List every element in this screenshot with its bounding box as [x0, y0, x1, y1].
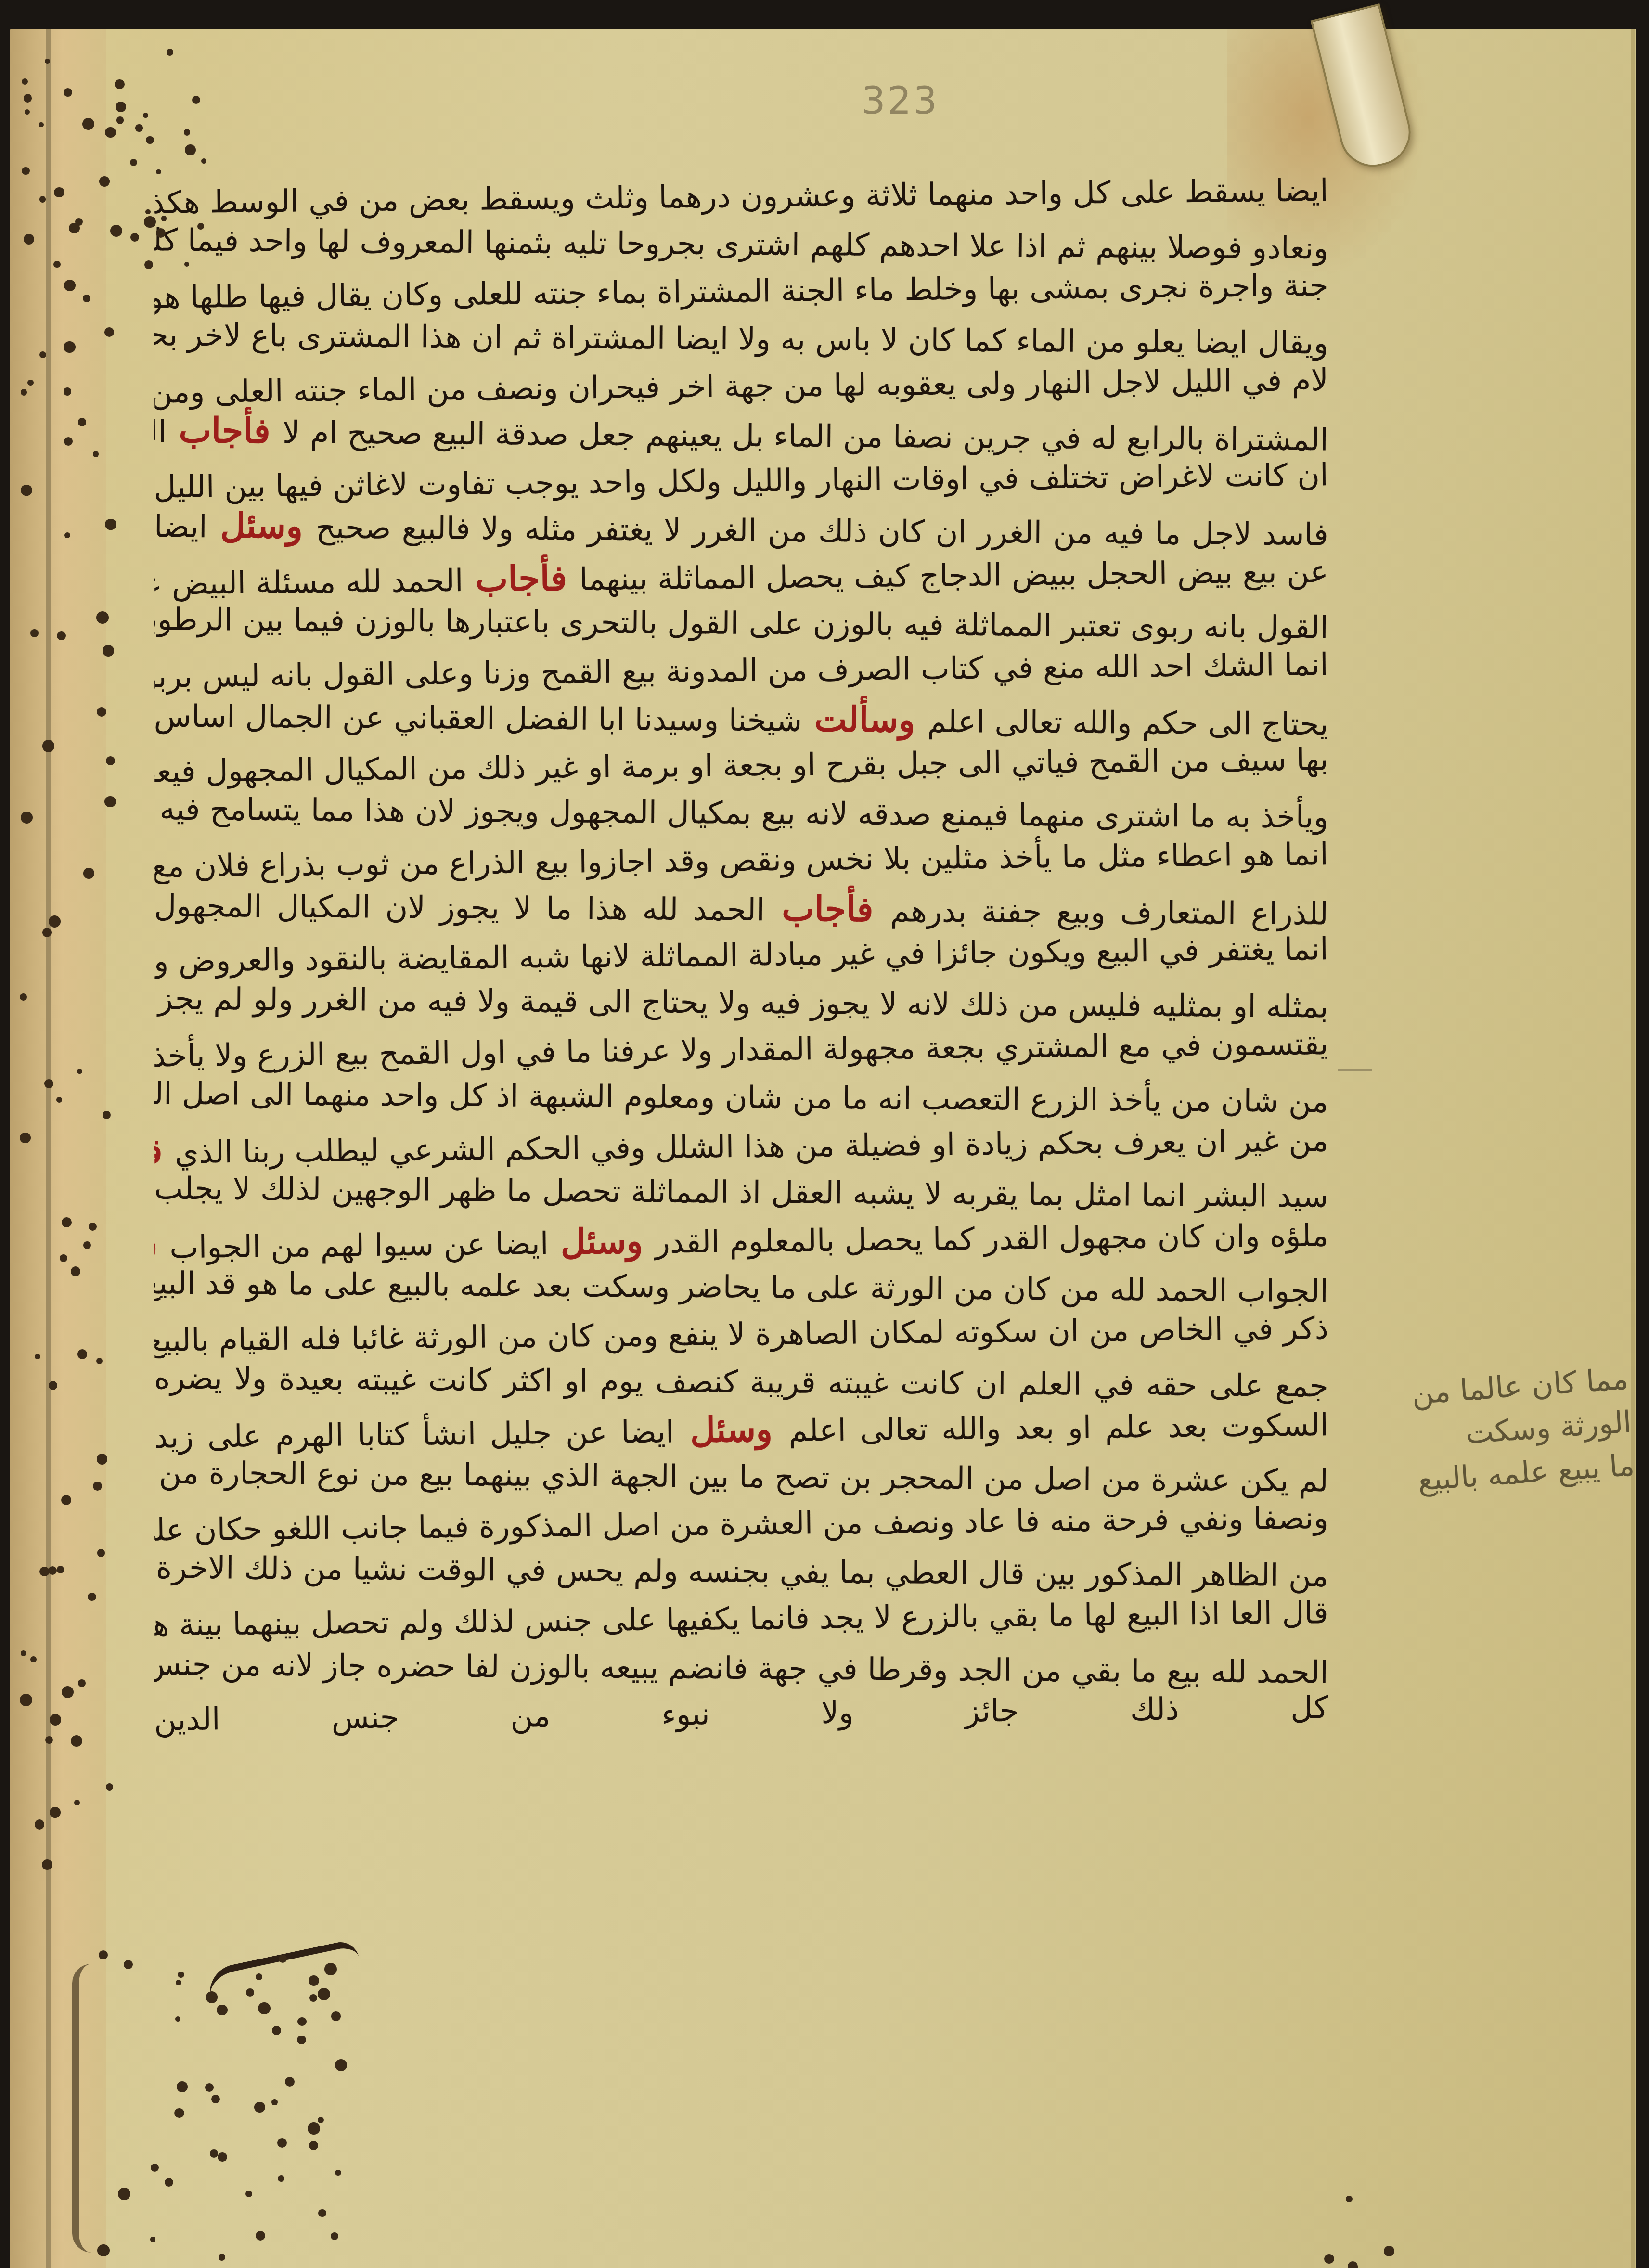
- worm-hole: [103, 1111, 111, 1119]
- worm-hole: [21, 1650, 26, 1656]
- worm-hole: [309, 1994, 317, 2002]
- worm-hole: [45, 1736, 53, 1744]
- worm-hole: [25, 109, 30, 115]
- worm-hole: [308, 2122, 320, 2134]
- worm-hole: [217, 2005, 227, 2015]
- worm-hole: [201, 158, 206, 164]
- worm-hole: [218, 2152, 227, 2162]
- text-segment: فاسد لاجل ما فيه من الغرر ان كان ذلك من …: [316, 510, 1328, 553]
- worm-hole: [144, 216, 155, 228]
- worm-hole: [83, 868, 94, 878]
- text-segment: من شان من يأخذ الزرع التعصب انه ما من شا…: [154, 1075, 1329, 1120]
- margin-annotation: مما كان عالما من الورثة وسكت ما يبيع علم…: [1339, 1357, 1636, 1507]
- worm-hole: [331, 2011, 340, 2021]
- worm-hole: [254, 2102, 265, 2113]
- text-segment: ايضا عن جليل انشأ كتابا الهرم على زيد: [154, 1414, 674, 1455]
- worm-hole: [93, 1482, 102, 1491]
- worm-hole: [174, 2108, 184, 2118]
- text-segment: المشتراة بالرابع له في جرين نصفا من الما…: [283, 415, 1329, 458]
- folio-number: 323: [862, 79, 939, 123]
- margin-mark: [1338, 1069, 1372, 1071]
- worm-hole: [105, 127, 116, 138]
- worm-hole: [130, 159, 137, 166]
- worm-hole: [177, 2081, 188, 2092]
- worm-hole: [82, 118, 94, 130]
- worm-hole: [78, 418, 86, 426]
- worm-hole: [103, 645, 114, 656]
- worm-hole: [318, 1988, 330, 2000]
- worm-hole: [318, 2117, 324, 2123]
- worm-hole: [61, 1495, 71, 1505]
- worm-hole: [24, 94, 32, 102]
- worm-hole: [297, 2017, 306, 2026]
- worm-hole: [176, 1980, 181, 1985]
- worm-hole: [57, 1566, 64, 1573]
- text-segment: عن بيع بيض الحجل ببيض الدجاج كيف يحصل ال…: [579, 554, 1329, 597]
- worm-hole: [279, 1955, 287, 1963]
- worm-hole: [35, 1354, 40, 1359]
- worm-hole: [53, 261, 61, 268]
- worm-hole: [256, 1973, 262, 1980]
- worm-hole: [104, 796, 116, 807]
- text-segment: الحمد لله بيع ما بقي من الجد وقرطا في جه…: [154, 1646, 1329, 1690]
- text-segment: ملؤه وان كان مجهول القدر كما يحصل بالمعل…: [655, 1218, 1329, 1261]
- worm-hole: [156, 228, 166, 238]
- text-segment: ونعادو فوصلا بينهم ثم اذا علا احدهم كلهم…: [154, 221, 1329, 266]
- worm-hole: [97, 1549, 105, 1557]
- worm-hole: [49, 915, 61, 928]
- worm-hole: [277, 2138, 287, 2148]
- text-segment: الجواب الحمد لله من كان من الورثة على ما…: [154, 1265, 1329, 1309]
- worm-hole: [96, 1358, 103, 1364]
- worm-hole: [83, 295, 90, 302]
- worm-hole: [64, 437, 73, 446]
- worm-hole: [278, 2175, 284, 2182]
- worm-hole: [48, 1566, 57, 1575]
- worm-hole: [1346, 2196, 1352, 2202]
- main-text-block: ايضا يسقط على كل واحد منهما ثلاثة وعشرون…: [154, 173, 1328, 1738]
- worm-hole: [104, 327, 114, 337]
- rubric-heading: وسئل: [207, 504, 316, 546]
- worm-hole: [219, 2254, 226, 2261]
- text-segment: من غير ان يعرف بحكم زيادة او فضيلة من هذ…: [174, 1123, 1328, 1171]
- worm-hole: [151, 2164, 159, 2172]
- worm-hole: [27, 380, 34, 386]
- binding-gutter: [10, 29, 106, 2268]
- worm-hole: [20, 1133, 31, 1144]
- worm-hole: [145, 209, 150, 214]
- worm-hole: [335, 2170, 341, 2176]
- worm-hole: [206, 1991, 218, 2003]
- worm-hole: [60, 1254, 67, 1262]
- worm-hole: [205, 2083, 214, 2092]
- worm-hole: [256, 2231, 265, 2241]
- text-segment: انما هو اعطاء مثل ما يأخذ مثلين بلا نخس …: [154, 837, 1329, 887]
- worm-hole: [42, 740, 54, 752]
- worm-hole: [161, 216, 167, 221]
- worm-hole: [297, 2036, 306, 2044]
- worm-hole: [21, 485, 32, 496]
- text-segment: ذكر في الخاص من ان سكوته لمكان الصاهرة ل…: [154, 1311, 1329, 1359]
- worm-hole: [93, 451, 99, 457]
- worm-hole: [124, 1960, 133, 1969]
- text-segment: قال العا اذا البيع لها ما بقي بالزرع لا …: [154, 1595, 1329, 1645]
- worm-hole: [150, 2237, 155, 2242]
- text-segment: سيد البشر انما امثل بما يقربه لا يشبه ال…: [154, 1171, 1328, 1214]
- text-segment: ايضا عن سيوا لهم من الجواب: [169, 1226, 549, 1265]
- text-segment: الحمد لله: [154, 413, 167, 450]
- worm-hole: [144, 260, 153, 269]
- text-segment: ونصفا ونفي فرحة منه فا عاد ونصف من العشر…: [154, 1500, 1329, 1549]
- worm-hole: [185, 144, 196, 155]
- text-segment: لام في الليل لاجل النهار ولى يعقوبه لها …: [154, 362, 1329, 412]
- worm-hole: [64, 88, 72, 97]
- rubric-heading: وسألت: [802, 698, 927, 740]
- text-segment: القول بانه ربوى تعتبر المماثلة فيه بالوز…: [154, 601, 1329, 645]
- worm-hole: [50, 1714, 61, 1726]
- rubric-heading: فأجاب: [765, 888, 890, 929]
- binding-damage: [72, 1964, 137, 2253]
- worm-hole: [64, 387, 71, 395]
- worm-hole: [105, 519, 116, 530]
- worm-hole: [211, 2095, 220, 2103]
- worm-hole: [116, 102, 126, 112]
- text-segment: بمثله او بمثليه فليس من ذلك لانه لا يجوز…: [154, 979, 1329, 1025]
- worm-hole: [88, 1593, 96, 1601]
- worm-hole: [309, 1975, 319, 1986]
- worm-hole: [97, 1454, 108, 1465]
- text-segment: ويأخذ به ما اشترى منهما فيمنع صدقه لانه …: [154, 790, 1329, 835]
- worm-hole: [156, 169, 161, 174]
- worm-hole: [258, 2002, 270, 2014]
- worm-hole: [54, 187, 64, 197]
- rubric-heading: وسئل: [548, 1220, 655, 1262]
- worm-hole: [69, 223, 80, 234]
- page-edge: [1631, 29, 1635, 2268]
- worm-hole: [21, 389, 27, 395]
- worm-hole: [331, 2232, 338, 2240]
- text-segment: بها سيف من القمح فياتي الى جبل بقرح او ب…: [154, 742, 1329, 792]
- text-segment: كل ذلك جائز ولا نبوء من جنس الدين: [154, 1690, 1329, 1738]
- worm-hole: [318, 2209, 326, 2217]
- worm-hole: [57, 631, 66, 641]
- worm-hole: [272, 2026, 281, 2035]
- worm-hole: [49, 1381, 57, 1390]
- worm-hole: [30, 629, 38, 637]
- worm-hole: [99, 176, 110, 187]
- worm-hole: [74, 1800, 80, 1805]
- worm-hole: [335, 2059, 347, 2071]
- text-segment: انما الشك احد الله منع في كتاب الصرف من …: [154, 647, 1329, 696]
- worm-hole: [78, 1679, 86, 1687]
- worm-hole: [118, 2188, 130, 2200]
- text-segment: شيخنا وسيدنا ابا الفضل العقباني عن الجما…: [154, 698, 802, 738]
- text-segment: لم يكن عشرة من اصل من المحجر بن تصح ما ب…: [154, 1454, 1329, 1499]
- rubric-heading: فأجاب: [167, 409, 283, 451]
- text-line: كل ذلك جائز ولا نبوء من جنس الدين: [154, 1684, 1329, 1744]
- worm-hole: [20, 993, 27, 1001]
- text-segment: من الظاهر المذكور بين قال العطي بما يفي …: [154, 1549, 1329, 1594]
- worm-hole: [1324, 2254, 1334, 2264]
- worm-hole: [285, 2077, 295, 2087]
- worm-hole: [64, 341, 76, 353]
- text-segment: ان كانت لاغراض تختلف في اوقات النهار وال…: [154, 457, 1329, 507]
- worm-hole: [77, 1069, 82, 1074]
- worm-hole: [97, 707, 106, 717]
- text-segment: ويقال ايضا يعلو من الماء كما كان لا باس …: [154, 316, 1329, 361]
- worm-hole: [178, 1972, 184, 1978]
- worm-hole: [77, 1349, 87, 1359]
- worm-hole: [71, 1266, 81, 1276]
- text-segment: جمع على حقه في العلم ان كانت غيبته قريبة…: [154, 1360, 1328, 1404]
- worm-hole: [83, 1241, 91, 1249]
- text-segment: السكوت بعد علم او بعد والله تعالى اعلم: [788, 1407, 1328, 1449]
- worm-hole: [21, 812, 33, 824]
- rubric-heading: فأجاب: [463, 557, 580, 600]
- text-segment: جنة واجرة نجرى بمشى بها وخلط ماء الجنة ا…: [154, 268, 1329, 317]
- worm-hole: [62, 1686, 74, 1698]
- rubric-heading: وسئل: [674, 1408, 789, 1450]
- worm-hole: [106, 756, 115, 765]
- worm-hole: [110, 225, 122, 237]
- worm-hole: [64, 280, 76, 291]
- text-segment: ايضا: [154, 509, 207, 545]
- worm-hole: [167, 49, 174, 56]
- worm-hole: [44, 1079, 53, 1088]
- text-segment: يقتسمون في مع المشتري بجعة مجهولة المقدا…: [154, 1026, 1329, 1075]
- worm-hole: [175, 2016, 180, 2022]
- text-segment: ايضا يسقط على كل واحد منهما ثلاثة وعشرون…: [154, 173, 1329, 225]
- worm-hole: [271, 2099, 277, 2105]
- worm-hole: [135, 124, 142, 131]
- binding-fold-line: [46, 29, 51, 2268]
- worm-hole: [39, 122, 43, 127]
- worm-hole: [184, 129, 191, 136]
- worm-hole: [115, 79, 124, 89]
- worm-hole: [20, 1694, 32, 1706]
- text-segment: الحمد لله هذا ما لا يجوز لان المكيال الم…: [154, 888, 765, 928]
- text-segment: انما يغتفر في البيع ويكون جائزا في غير م…: [154, 931, 1329, 980]
